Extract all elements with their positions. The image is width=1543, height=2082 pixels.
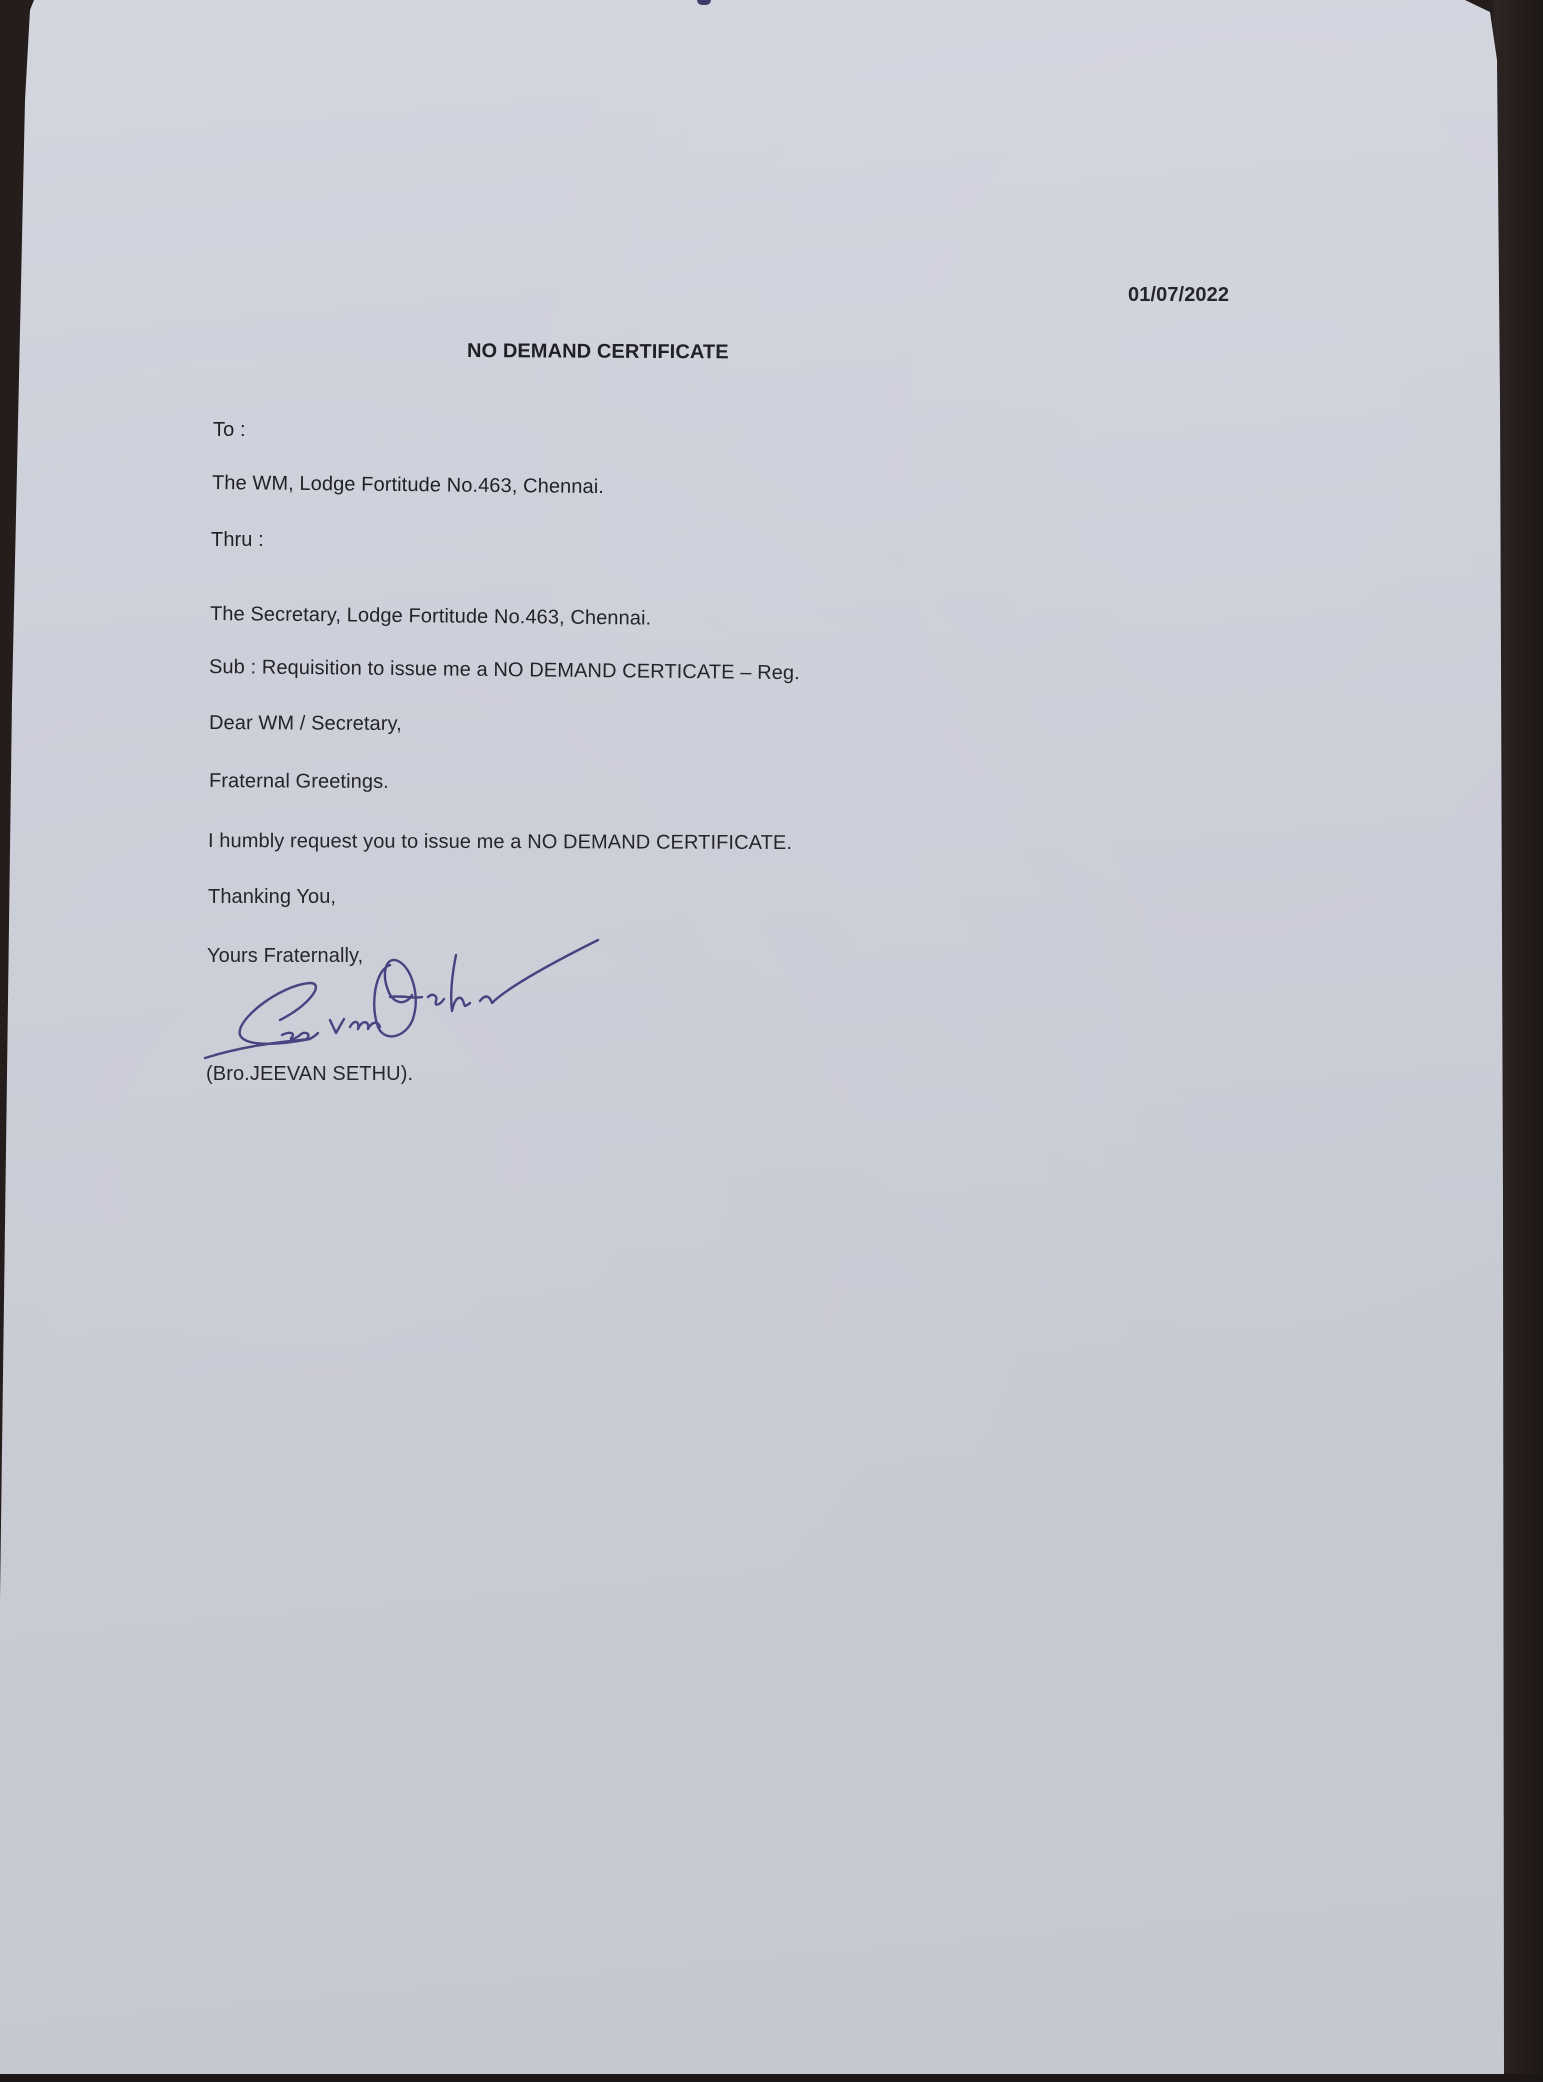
signatory-name: (Bro.JEEVAN SETHU). (206, 1063, 413, 1086)
to-address: The WM, Lodge Fortitude No.463, Chennai. (212, 472, 604, 499)
request-body: I humbly request you to issue me a NO DE… (208, 830, 792, 855)
greeting: Fraternal Greetings. (209, 770, 389, 794)
handwritten-signature (200, 935, 610, 1065)
thru-label: Thru : (211, 529, 264, 552)
thru-address: The Secretary, Lodge Fortitude No.463, C… (210, 603, 651, 631)
ink-mark (697, 0, 711, 5)
dark-background-bottom (0, 2074, 1543, 2082)
subject-line: Sub : Requisition to issue me a NO DEMAN… (209, 656, 800, 685)
salutation: Dear WM / Secretary, (209, 712, 402, 736)
thanks-line: Thanking You, (208, 886, 336, 909)
letter-date: 01/07/2022 (1128, 284, 1229, 307)
document-title: NO DEMAND CERTIFICATE (467, 340, 729, 364)
letter-page: 01/07/2022 NO DEMAND CERTIFICATE To : Th… (0, 0, 1543, 2082)
to-label: To : (213, 419, 246, 442)
